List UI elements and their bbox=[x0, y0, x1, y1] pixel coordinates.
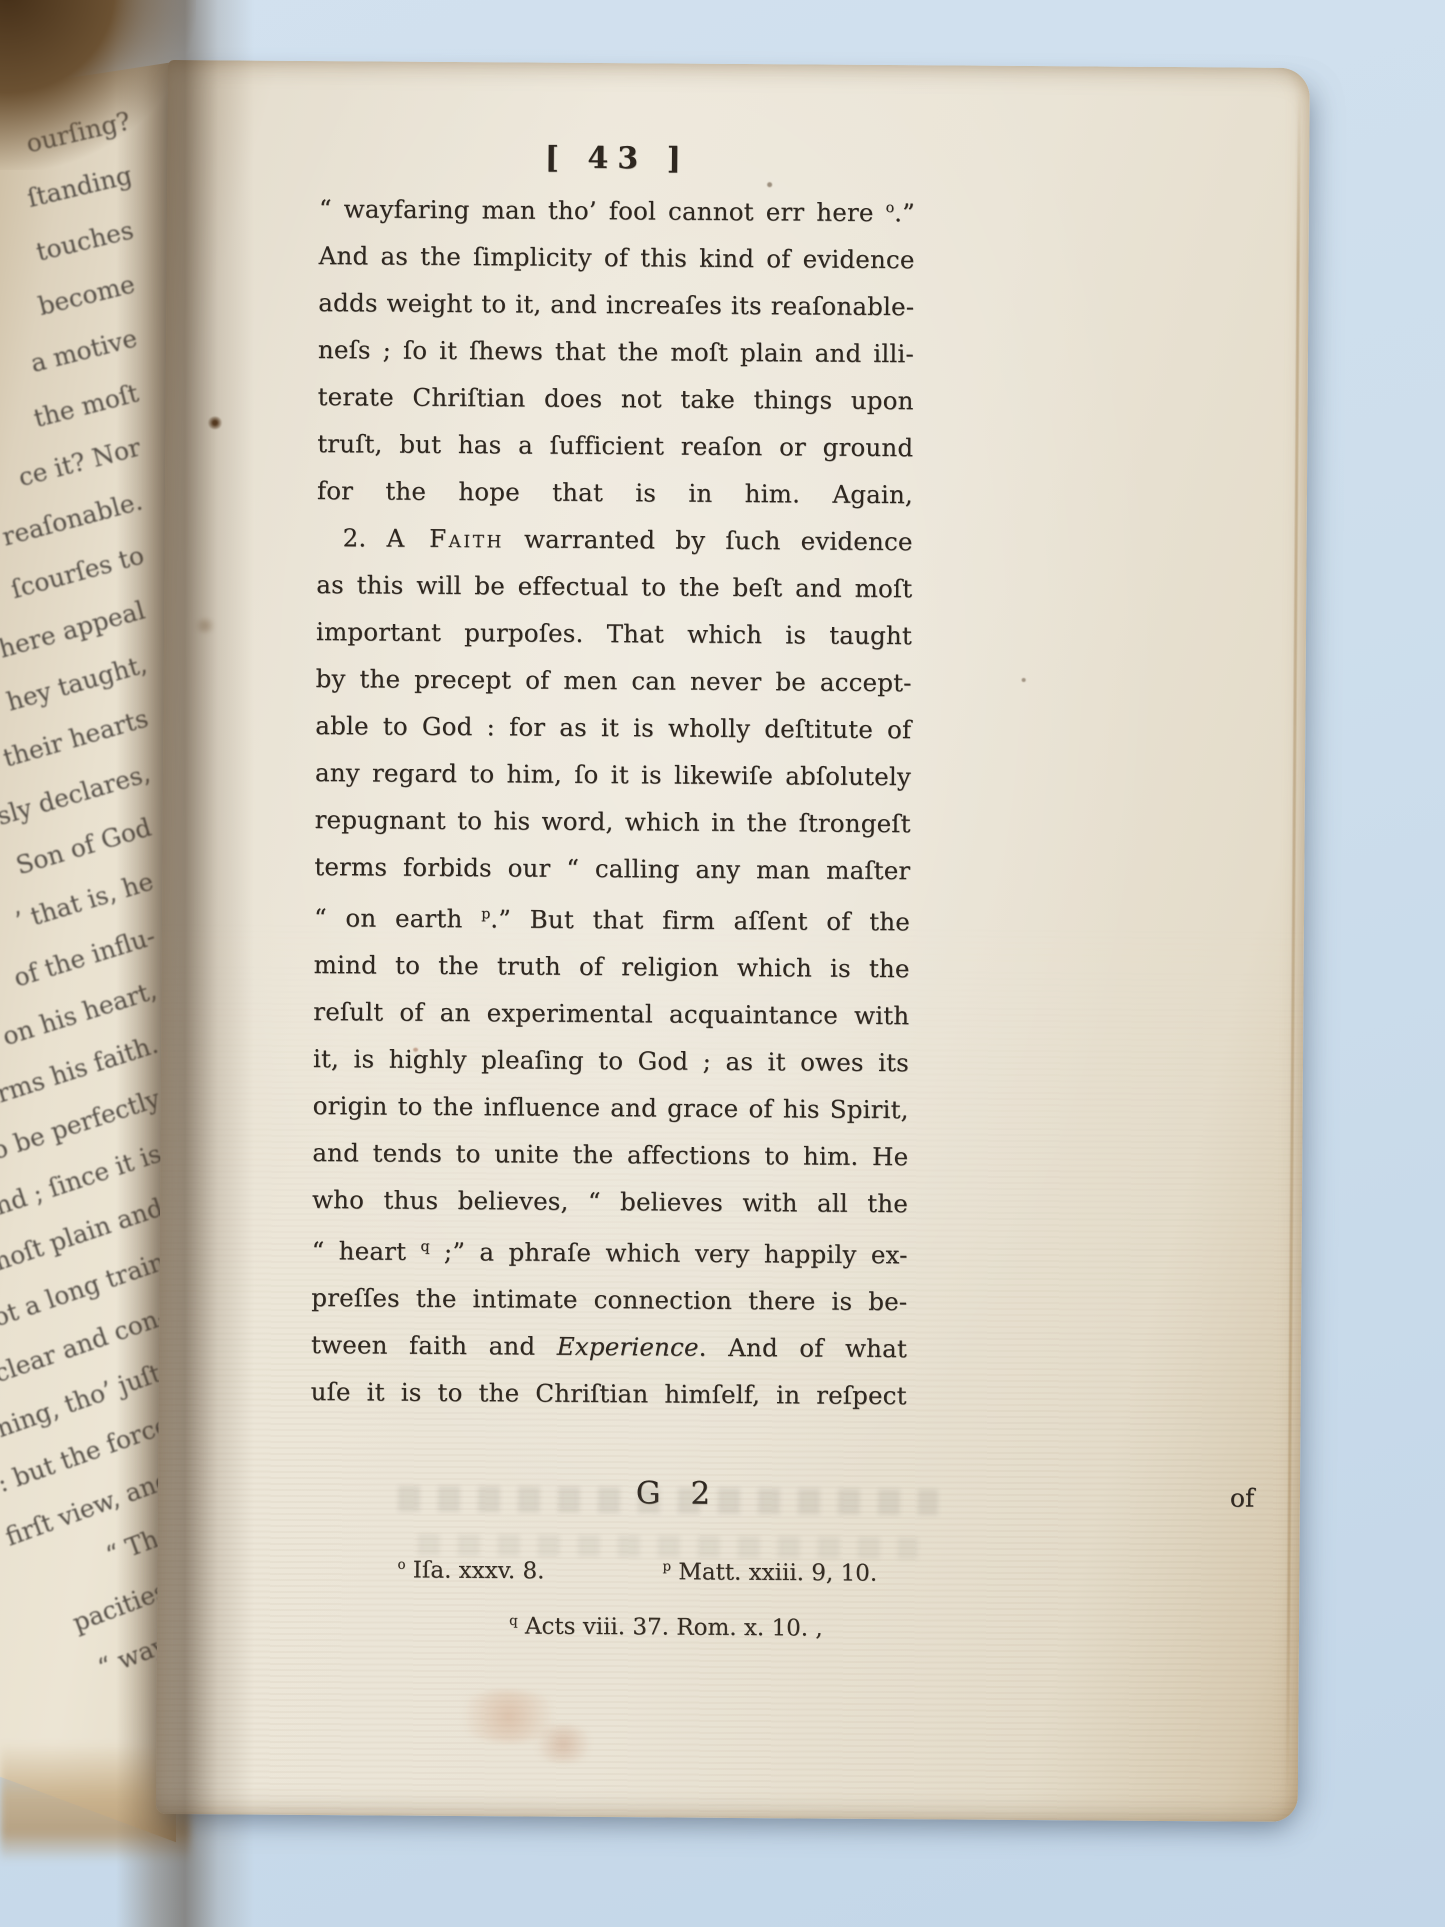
book-page: [ 43 ] “ wayfaring man tho’ fool cannot … bbox=[156, 60, 1310, 1822]
text-line: repugnant to his word, which in the ſtro… bbox=[315, 796, 911, 847]
footnote-isaiah: o Iſa. xxxv. 8. bbox=[397, 1540, 544, 1598]
left-page-text-fragment: become bbox=[36, 269, 138, 321]
foxing-stain bbox=[528, 1725, 598, 1763]
text-line: neſs ; ſo it ſhews that the moſt plain a… bbox=[318, 326, 914, 377]
left-page-edge: ourſing?ſtandingtouchesbecomea motivethe… bbox=[0, 0, 176, 1927]
footnotes: o Iſa. xxxv. 8. p Matt. xxiii. 9, 10. q … bbox=[309, 1539, 1070, 1656]
smudge-stain bbox=[194, 618, 216, 633]
text-line: origin to the influence and grace of his… bbox=[313, 1082, 909, 1133]
text-line: uſe it is to the Chriſtian himſelf, in r… bbox=[311, 1368, 907, 1419]
text-line: as this will be effectual to the beſt an… bbox=[316, 561, 912, 612]
text-line: tween faith and Experience. And of what bbox=[311, 1321, 907, 1372]
left-page-text-fragment: the moſt bbox=[31, 378, 142, 433]
text-line: And as the ſimplicity of this kind of ev… bbox=[318, 232, 914, 283]
text-line: “ on earth p.” But that firm aſſent of t… bbox=[314, 890, 910, 945]
text-line: able to God : for as it is wholly deſtit… bbox=[315, 702, 911, 753]
signature-row: G 2 of bbox=[310, 1473, 1170, 1529]
text-line: terate Chriſtian does not take things up… bbox=[317, 373, 913, 424]
text-line: “ heart q ;” a phraſe which very happily… bbox=[312, 1223, 908, 1278]
left-page-text-fragment: reaſonable. bbox=[0, 487, 145, 552]
text-line: important purpoſes. That which is taught bbox=[316, 608, 912, 659]
gathering-signature: G 2 bbox=[310, 1473, 906, 1513]
foxing-stain bbox=[448, 1690, 568, 1743]
left-page-text-fragment: ce it? Nor bbox=[15, 432, 143, 492]
footnote-matthew: p Matt. xxiii. 9, 10. bbox=[662, 1541, 877, 1599]
text-line: preſſes the intimate connection there is… bbox=[311, 1275, 907, 1326]
footnote-acts-romans: q Acts viii. 37. Rom. x. 10. , bbox=[509, 1614, 823, 1642]
speck bbox=[1022, 678, 1026, 682]
text-line: it, is highly pleaſing to God ; as it ow… bbox=[313, 1035, 909, 1086]
text-line: adds weight to it, and increaſes its rea… bbox=[318, 279, 914, 330]
left-page-text-fragment: hey taught, bbox=[3, 650, 150, 717]
page-number-header: [ 43 ] bbox=[319, 139, 915, 178]
text-line: 2. A Faith warranted by ſuch evidence bbox=[317, 514, 913, 565]
left-page-text-fragment: ſcourſes to bbox=[8, 541, 147, 605]
text-line: any regard to him, ſo it is likewiſe abſ… bbox=[315, 749, 911, 800]
text-line: reſult of an experimental acquaintance w… bbox=[313, 988, 909, 1039]
left-page-text-fragment: a motive bbox=[28, 324, 140, 379]
page-body-text: “ wayfaring man tho’ fool cannot err her… bbox=[311, 181, 916, 1420]
text-line: mind to the truth of religion which is t… bbox=[314, 941, 910, 992]
text-line: truſt, but has a ſufficient reaſon or gr… bbox=[317, 420, 913, 471]
text-line: for the hope that is in him. Again, bbox=[317, 467, 913, 518]
text-line: “ wayfaring man tho’ fool cannot err her… bbox=[319, 181, 915, 236]
text-line: by the precept of men can never be accep… bbox=[316, 655, 912, 706]
footnote-row: o Iſa. xxxv. 8. p Matt. xxiii. 9, 10. bbox=[309, 1539, 1069, 1601]
book-photo: ourſing?ſtandingtouchesbecomea motivethe… bbox=[0, 0, 1445, 1927]
text-line: terms forbids our “ calling any man maſt… bbox=[314, 843, 910, 894]
footnote-row: q Acts viii. 37. Rom. x. 10. , bbox=[309, 1596, 1069, 1656]
catchword: of bbox=[1230, 1483, 1255, 1512]
text-line: and tends to unite the affections to him… bbox=[312, 1129, 908, 1180]
ink-spot-stain bbox=[207, 416, 222, 429]
left-page-text-fragment: touches bbox=[34, 215, 137, 266]
text-line: who thus believes, “ believes with all t… bbox=[312, 1176, 908, 1227]
